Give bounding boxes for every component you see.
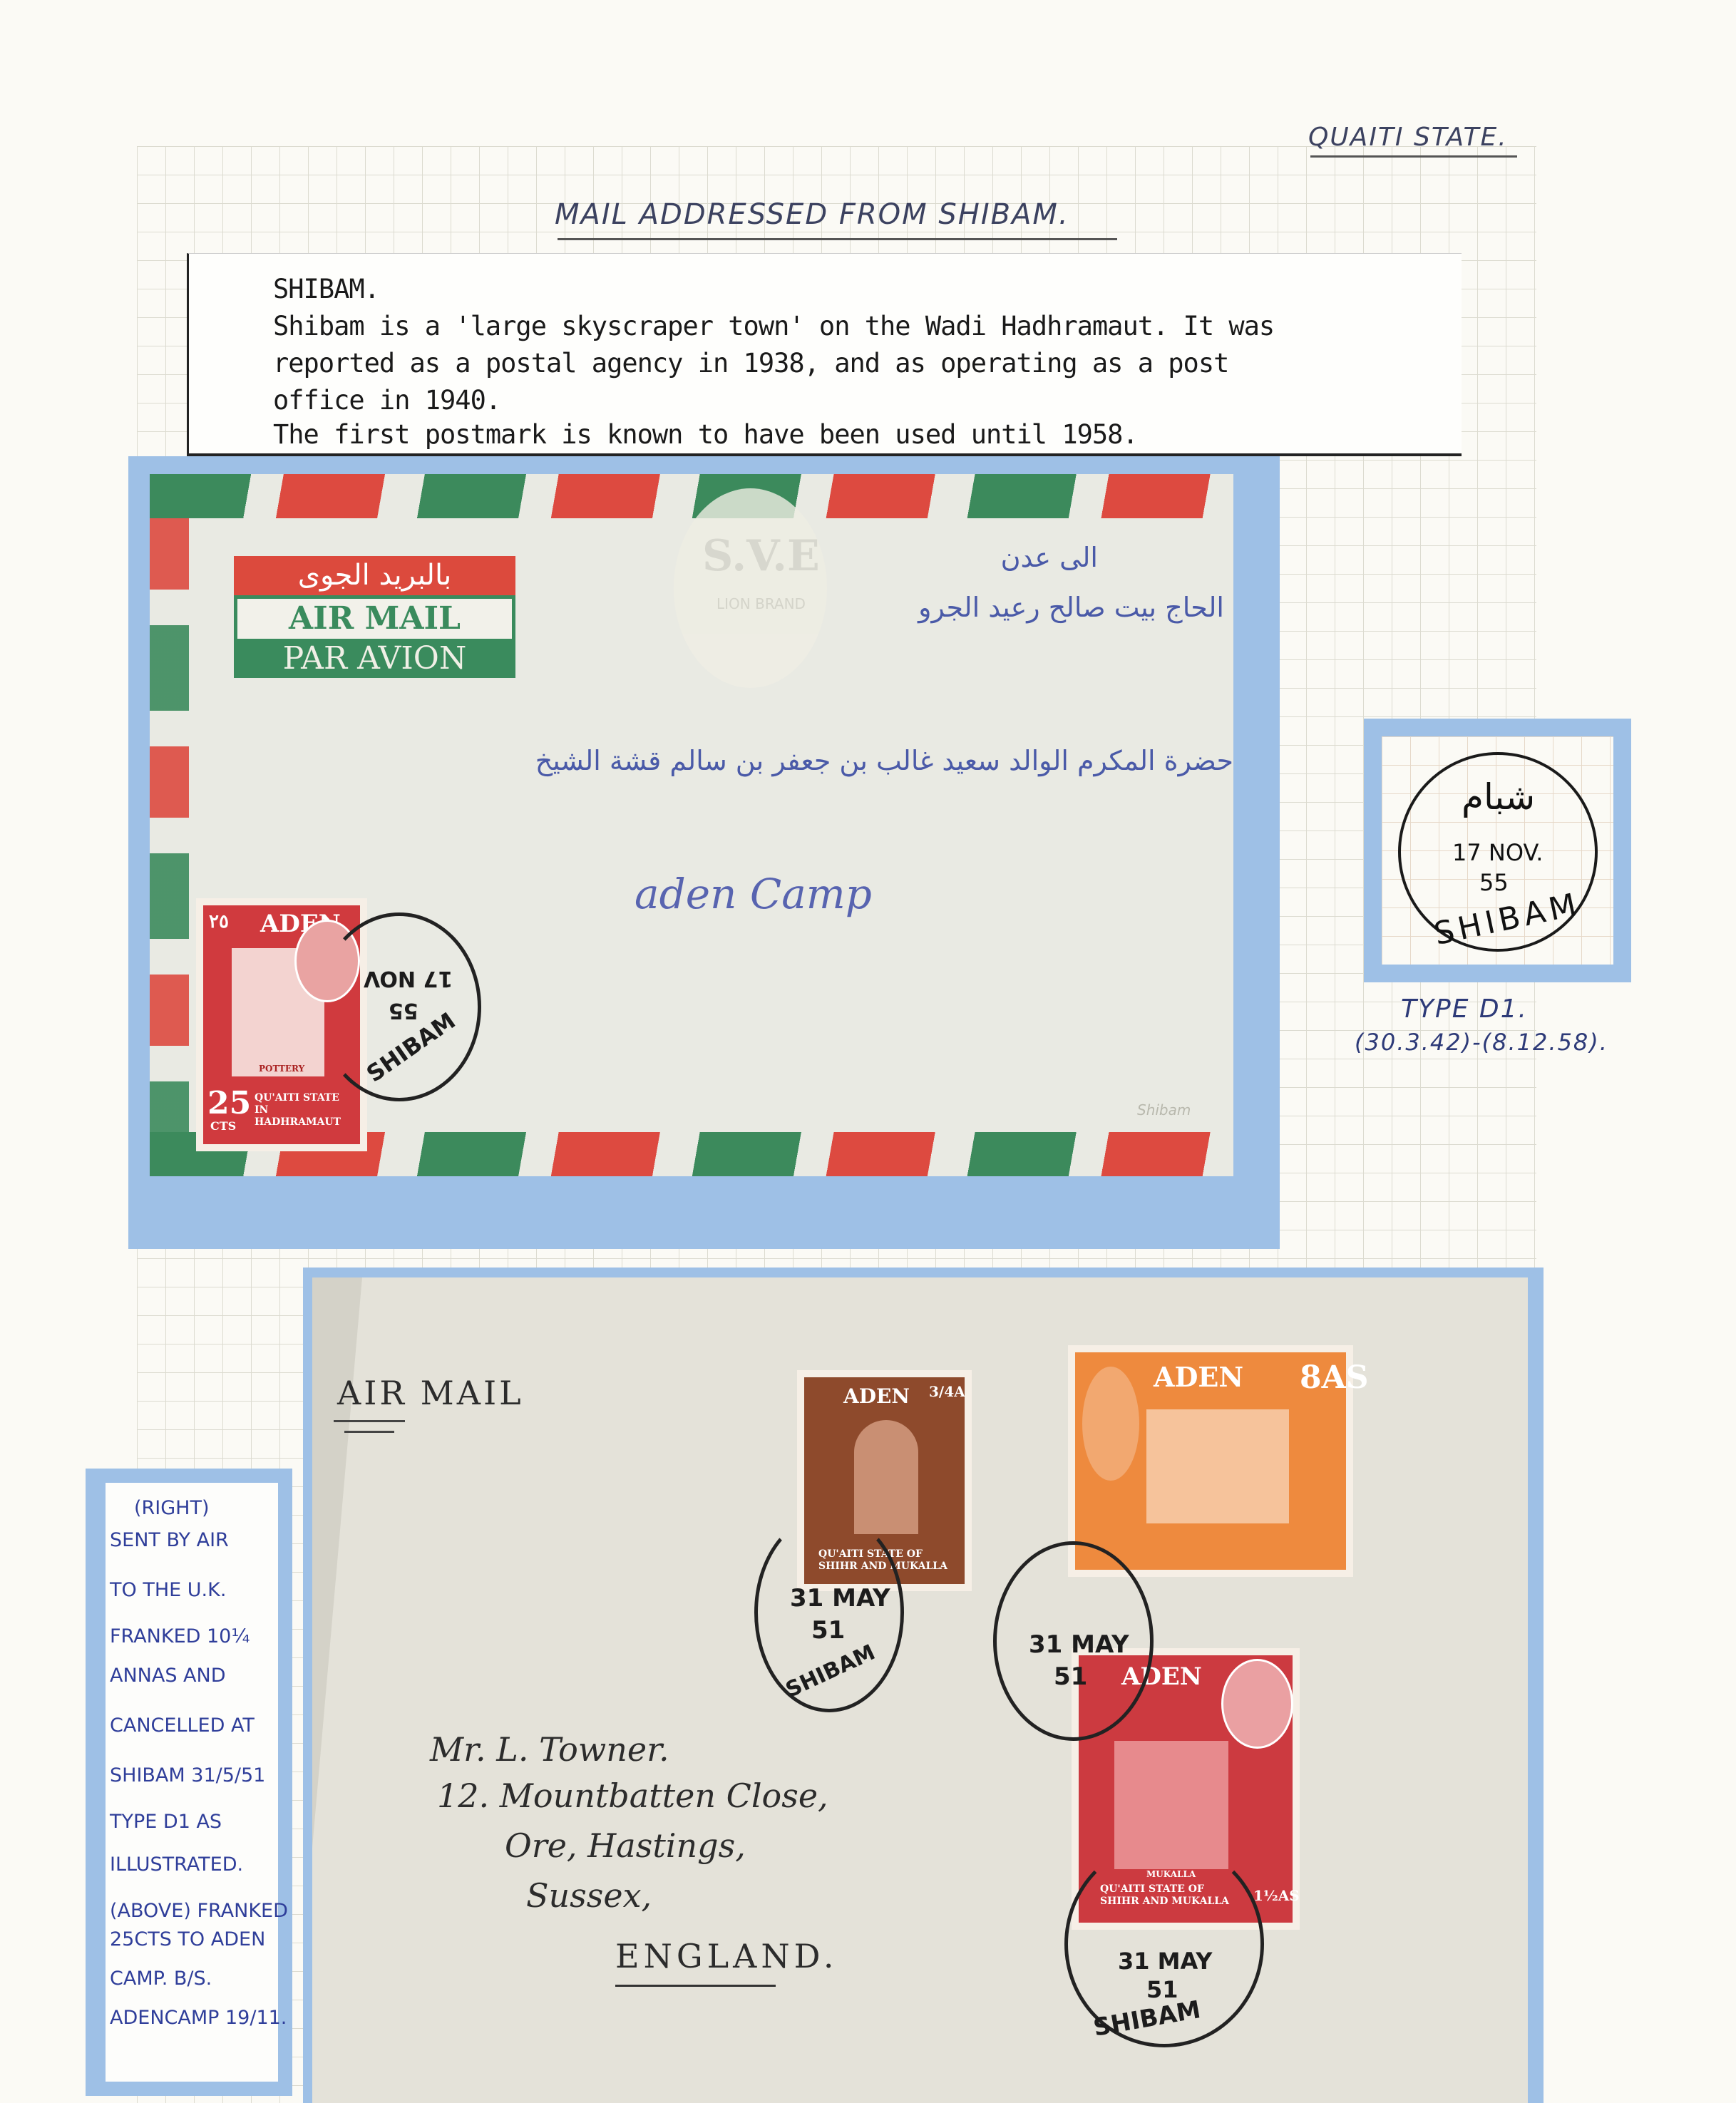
address-country: ENGLAND.	[615, 1937, 838, 1975]
side-note-card: (RIGHT) SENT BY AIR TO THE U.K. FRANKED …	[106, 1483, 278, 2082]
intro-line: The first postmark is known to have been…	[273, 419, 1138, 450]
postmark-date: 17 NOV	[364, 966, 453, 991]
address-line: Ore, Hastings,	[505, 1826, 746, 1865]
intro-line: reported as a postal agency in 1938, and…	[273, 348, 1228, 379]
address-line: Sussex,	[526, 1876, 652, 1915]
stamp-portrait	[1221, 1659, 1293, 1749]
note-line: 25CTS TO ADEN	[110, 1928, 265, 1950]
note-line: (RIGHT)	[134, 1497, 210, 1519]
note-line: TO THE U.K.	[110, 1579, 226, 1601]
note-line: FRANKED 10¼	[110, 1625, 250, 1647]
postmark-shibam-1951: 31 MAY 51 SHIBAM	[1064, 1841, 1264, 2047]
page-heading-underline	[558, 238, 1117, 240]
stamp-8-annas: ADEN 8AS	[1068, 1345, 1353, 1577]
intro-line: SHIBAM.	[273, 274, 379, 304]
type-date-range: (30.3.42)-(8.12.58).	[1355, 1029, 1608, 1056]
airmail-label-english: AIR MAIL	[234, 595, 515, 639]
page-heading: MAIL ADDRESSED FROM SHIBAM.	[555, 198, 1069, 231]
postmark-date: 31 MAY	[1118, 1948, 1212, 1975]
address-arabic-line: حضرة المكرم الوالد سعيد غالب بن جعفر بن …	[449, 745, 1233, 776]
postmark-place: SHIBAM	[782, 1640, 879, 1702]
postmark-shibam-1951: 31 MAY 51 SHIBAM	[754, 1513, 904, 1712]
address-aden-camp: aden Camp	[635, 870, 872, 918]
state-title-underline	[1310, 155, 1517, 158]
note-line: TYPE D1 AS	[110, 1811, 222, 1833]
postmark-type-d1-circle: شبام 17 NOV. 55 SHIBAM	[1398, 752, 1598, 952]
pencil-note: Shibam	[1137, 1101, 1191, 1119]
stamp-portrait	[854, 1420, 918, 1534]
note-line: SENT BY AIR	[110, 1529, 229, 1551]
address-line: Mr. L. Towner.	[430, 1730, 669, 1769]
country-underline	[615, 1985, 776, 1987]
note-line: CAMP. B/S.	[110, 1968, 212, 1990]
airmail-label-arabic: بالبريد الجوى	[234, 556, 515, 595]
cover2-envelope: AIR MAIL ADEN 3/4A QU'AITI STATE OF SHIH…	[312, 1277, 1528, 2103]
stamp-country: ADEN	[843, 1384, 910, 1408]
stamp-scene	[1146, 1409, 1289, 1523]
stamp-value-arabic: ٢٥	[209, 911, 229, 932]
postmark-type-card: شبام 17 NOV. 55 SHIBAM	[1382, 736, 1613, 965]
stamp-portrait	[1082, 1367, 1139, 1481]
watermark-text: S.V.E	[702, 531, 820, 581]
photo-corner	[312, 1277, 362, 1848]
stamp-unit: CTS	[210, 1119, 236, 1133]
stamp-inscription: QU'AITI STATE IN HADHRAMAUT	[255, 1092, 354, 1128]
cover1-airmail-envelope: S.V.E LION BRAND بالبريد الجوى AIR MAIL …	[150, 474, 1233, 1176]
note-line: (ABOVE) FRANKED	[110, 1900, 288, 1922]
address-line: 12. Mountbatten Close,	[437, 1777, 828, 1815]
intro-line: office in 1940.	[273, 385, 500, 416]
stamp-value: 25	[207, 1085, 251, 1121]
postmark-year: 55	[1479, 869, 1509, 896]
intro-line: Shibam is a 'large skyscraper town' on t…	[273, 311, 1274, 341]
stamp-scene-caption: POTTERY	[259, 1064, 304, 1074]
address-arabic-line: سوق الحاج بيت صالح رعيد الجرو	[635, 592, 1233, 623]
note-line: SHIBAM 31/5/51	[110, 1764, 265, 1786]
note-line: ADENCAMP 19/11.	[110, 2007, 287, 2029]
postmark-year: 51	[1054, 1662, 1087, 1691]
note-line: ANNAS AND	[110, 1665, 226, 1687]
brand-watermark: S.V.E LION BRAND	[674, 488, 827, 688]
stamp-country: ADEN	[1154, 1361, 1243, 1393]
airmail-underline	[334, 1420, 405, 1422]
postmark-date: 31 MAY	[790, 1584, 890, 1613]
airmail-label: بالبريد الجوى AIR MAIL PAR AVION	[234, 556, 515, 678]
airmail-stripes-left	[150, 518, 189, 1132]
airmail-handwritten: AIR MAIL	[337, 1374, 524, 1412]
postmark-date: 31 MAY	[1029, 1630, 1129, 1659]
note-line: CANCELLED AT	[110, 1714, 255, 1737]
address-arabic-line: الى عدن	[884, 542, 1098, 573]
airmail-underline	[344, 1431, 394, 1433]
postmark-date: 17 NOV.	[1452, 839, 1543, 866]
postmark-arabic: شبام	[1462, 776, 1535, 818]
postmark-year: 55	[389, 998, 418, 1023]
stamp-value: 1½AS	[1253, 1887, 1300, 1904]
intro-typed-card: SHIBAM. Shibam is a 'large skyscraper to…	[187, 253, 1462, 456]
type-caption: TYPE D1.	[1401, 994, 1528, 1024]
airmail-label-french: PAR AVION	[234, 639, 515, 678]
postmark-shibam-1955: 17 NOV 55 SHIBAM	[317, 912, 481, 1101]
stamp-value: 8AS	[1300, 1359, 1369, 1396]
state-title: QUAITI STATE.	[1308, 123, 1508, 152]
note-line: ILLUSTRATED.	[110, 1853, 243, 1876]
postmark-year: 51	[811, 1616, 845, 1645]
stamp-value: 3/4A	[929, 1383, 965, 1400]
postmark-shibam-1951: 31 MAY 51	[993, 1541, 1154, 1741]
airmail-stripes-top	[150, 474, 1233, 518]
